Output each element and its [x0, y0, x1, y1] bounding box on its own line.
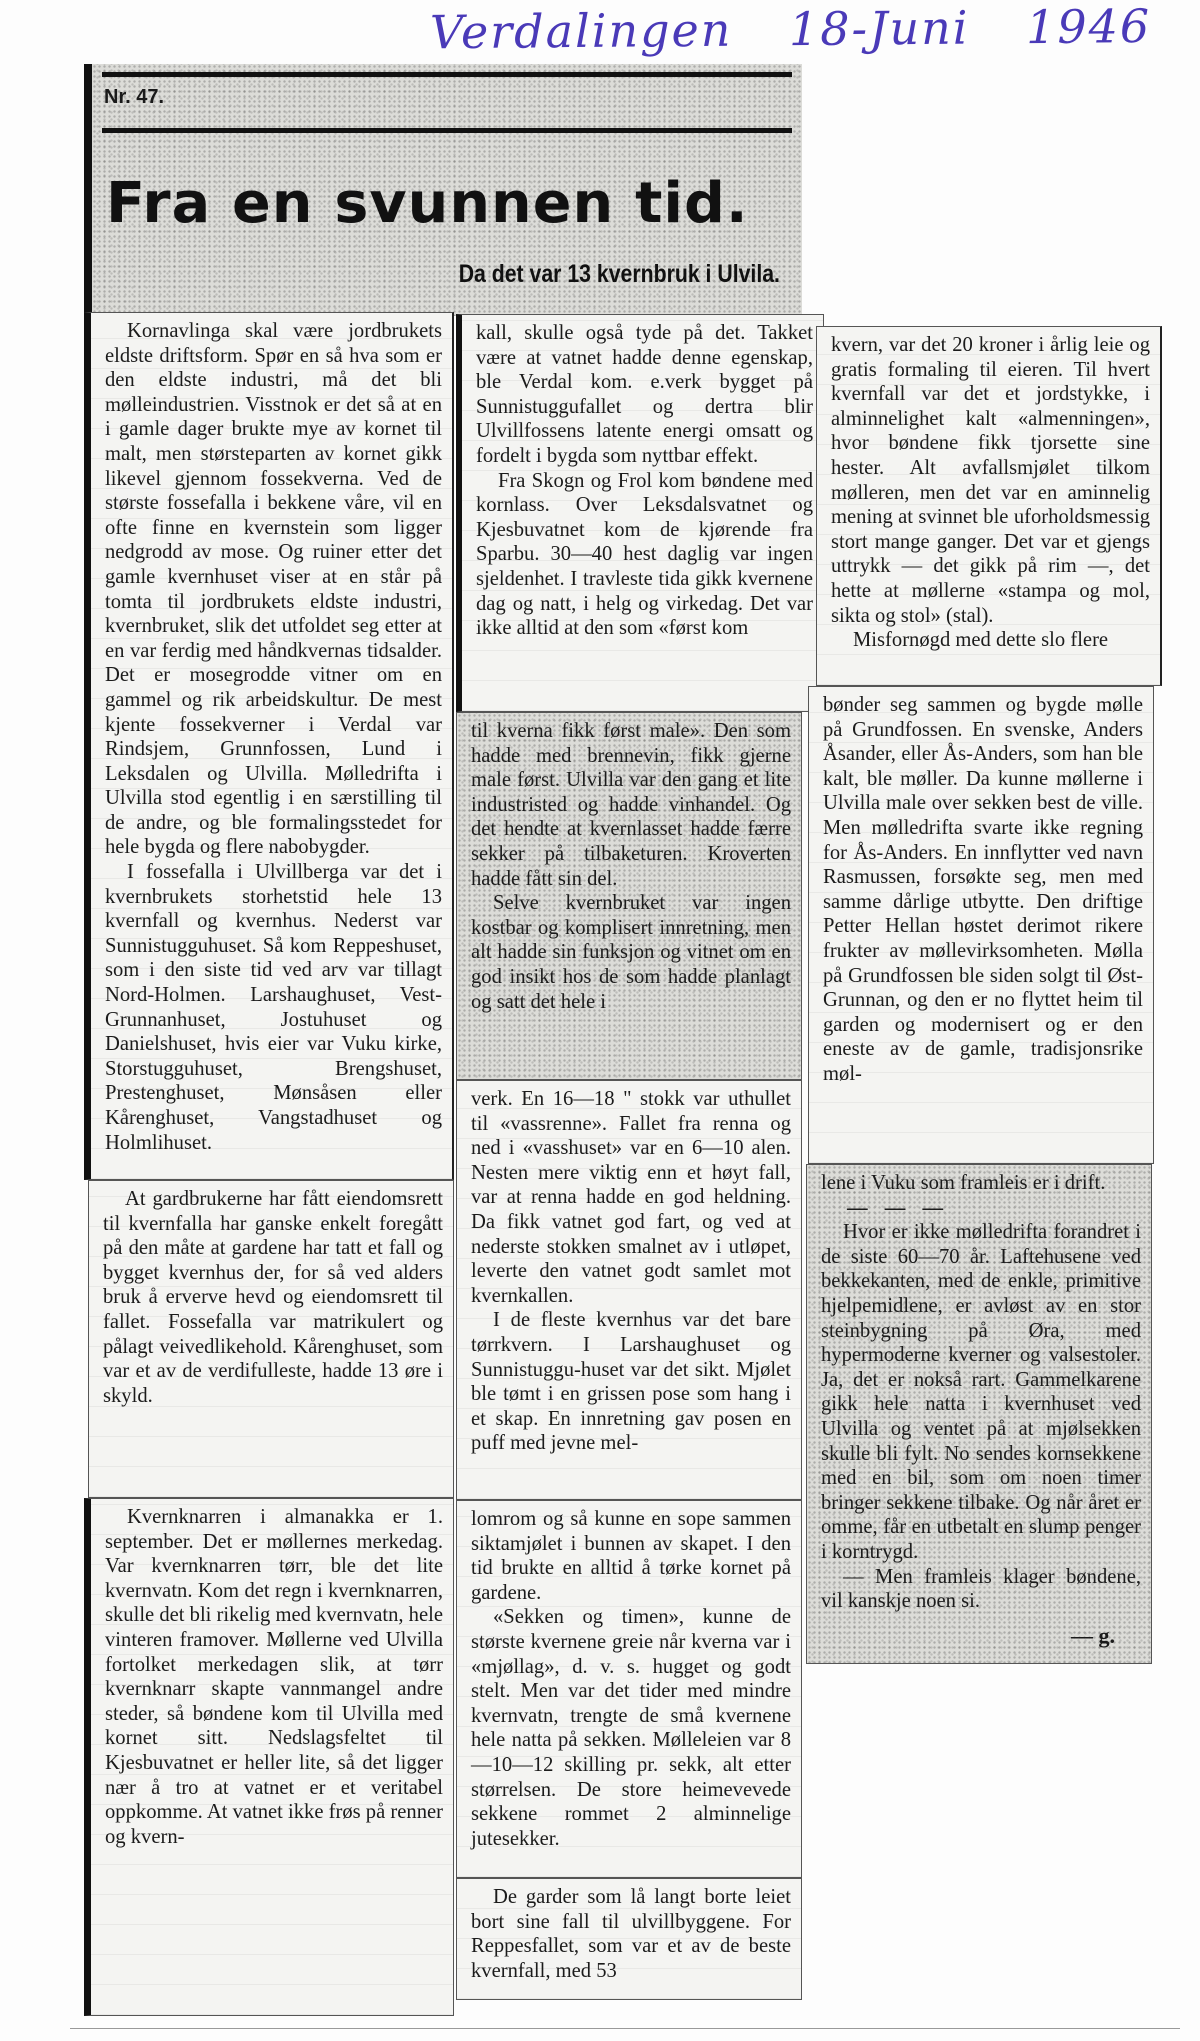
column-1-clipping-b: At gardbrukerne har fått eiendomsrett ti… [88, 1180, 454, 1498]
paragraph: Selve kvernbruket var ingen kostbar og k… [471, 891, 791, 1014]
column-3-clipping-c: lene i Vuku som framleis er i drift. — —… [806, 1164, 1152, 1664]
paragraph: I fossefalla i Ulvillberga var det i kve… [105, 860, 442, 1155]
paragraph: Fra Skogn og Frol kom bøndene med kornla… [476, 469, 813, 641]
author-signature: — g. [821, 1624, 1141, 1649]
handwritten-year: 1946 [1026, 0, 1152, 54]
column-1-clipping-c: Kvernknarren i almanakka er 1. september… [84, 1498, 454, 2016]
top-rule [102, 72, 792, 77]
page-edge [70, 2028, 1180, 2029]
article-subheadline: Da det var 13 kvernbruk i Ulvila. [459, 260, 780, 289]
paragraph: De garder som lå langt borte leiet bort … [471, 1885, 791, 1983]
paragraph: At gardbrukerne har fått eiendomsrett ti… [103, 1187, 443, 1408]
issue-number: Nr. 47. [104, 86, 164, 109]
column-2-clipping-d: lomrom og så kunne en sope sammen siktam… [456, 1500, 802, 1878]
paragraph: Kvernknarren i almanakka er 1. september… [105, 1505, 443, 1849]
paragraph: bønder seg sammen og bygde mølle på Grun… [823, 693, 1143, 1087]
paragraph: Hvor er ikke mølledrifta forandret i de … [821, 1220, 1141, 1564]
column-1-clipping-a: Kornavlinga skal være jordbrukets eldste… [84, 312, 454, 1180]
paragraph: «Sekken og timen», kunne de største kver… [471, 1605, 791, 1851]
article-masthead: Nr. 47. Fra en svunnen tid. Da det var 1… [84, 64, 802, 316]
paragraph: — Men framleis klager bøndene, vil kansk… [821, 1565, 1141, 1614]
paragraph: verk. En 16—18 " stokk var uthullet til … [471, 1087, 791, 1308]
handwritten-newspaper-name: Verdalingen [430, 3, 733, 60]
paragraph: til kverna fikk først male». Den som had… [471, 719, 791, 891]
column-3-clipping-a: kvern, var det 20 kroner i årlig leie og… [816, 326, 1162, 686]
article-headline: Fra en svunnen tid. [106, 176, 749, 232]
paragraph: kvern, var det 20 kroner i årlig leie og… [831, 333, 1150, 628]
column-2-clipping-e: De garder som lå langt borte leiet bort … [456, 1878, 802, 2000]
paragraph: I de fleste kvernhus var det bare tørrkv… [471, 1308, 791, 1456]
masthead-rule [102, 128, 792, 133]
column-3-clipping-b: bønder seg sammen og bygde mølle på Grun… [808, 686, 1154, 1164]
paragraph: Kornavlinga skal være jordbrukets eldste… [105, 319, 442, 860]
handwritten-date: 18-Juni [789, 1, 970, 57]
section-divider: — — — [821, 1196, 1141, 1221]
paragraph: Misfornøgd med dette slo flere [831, 628, 1150, 653]
column-2-clipping-a: kall, skulle også tyde på det. Takket væ… [456, 314, 824, 712]
column-2-clipping-b: til kverna fikk først male». Den som had… [456, 712, 802, 1080]
column-2-clipping-c: verk. En 16—18 " stokk var uthullet til … [456, 1080, 802, 1500]
paragraph: lene i Vuku som framleis er i drift. [821, 1171, 1141, 1196]
paragraph: lomrom og så kunne en sope sammen siktam… [471, 1507, 791, 1605]
paragraph: kall, skulle også tyde på det. Takket væ… [476, 321, 813, 469]
